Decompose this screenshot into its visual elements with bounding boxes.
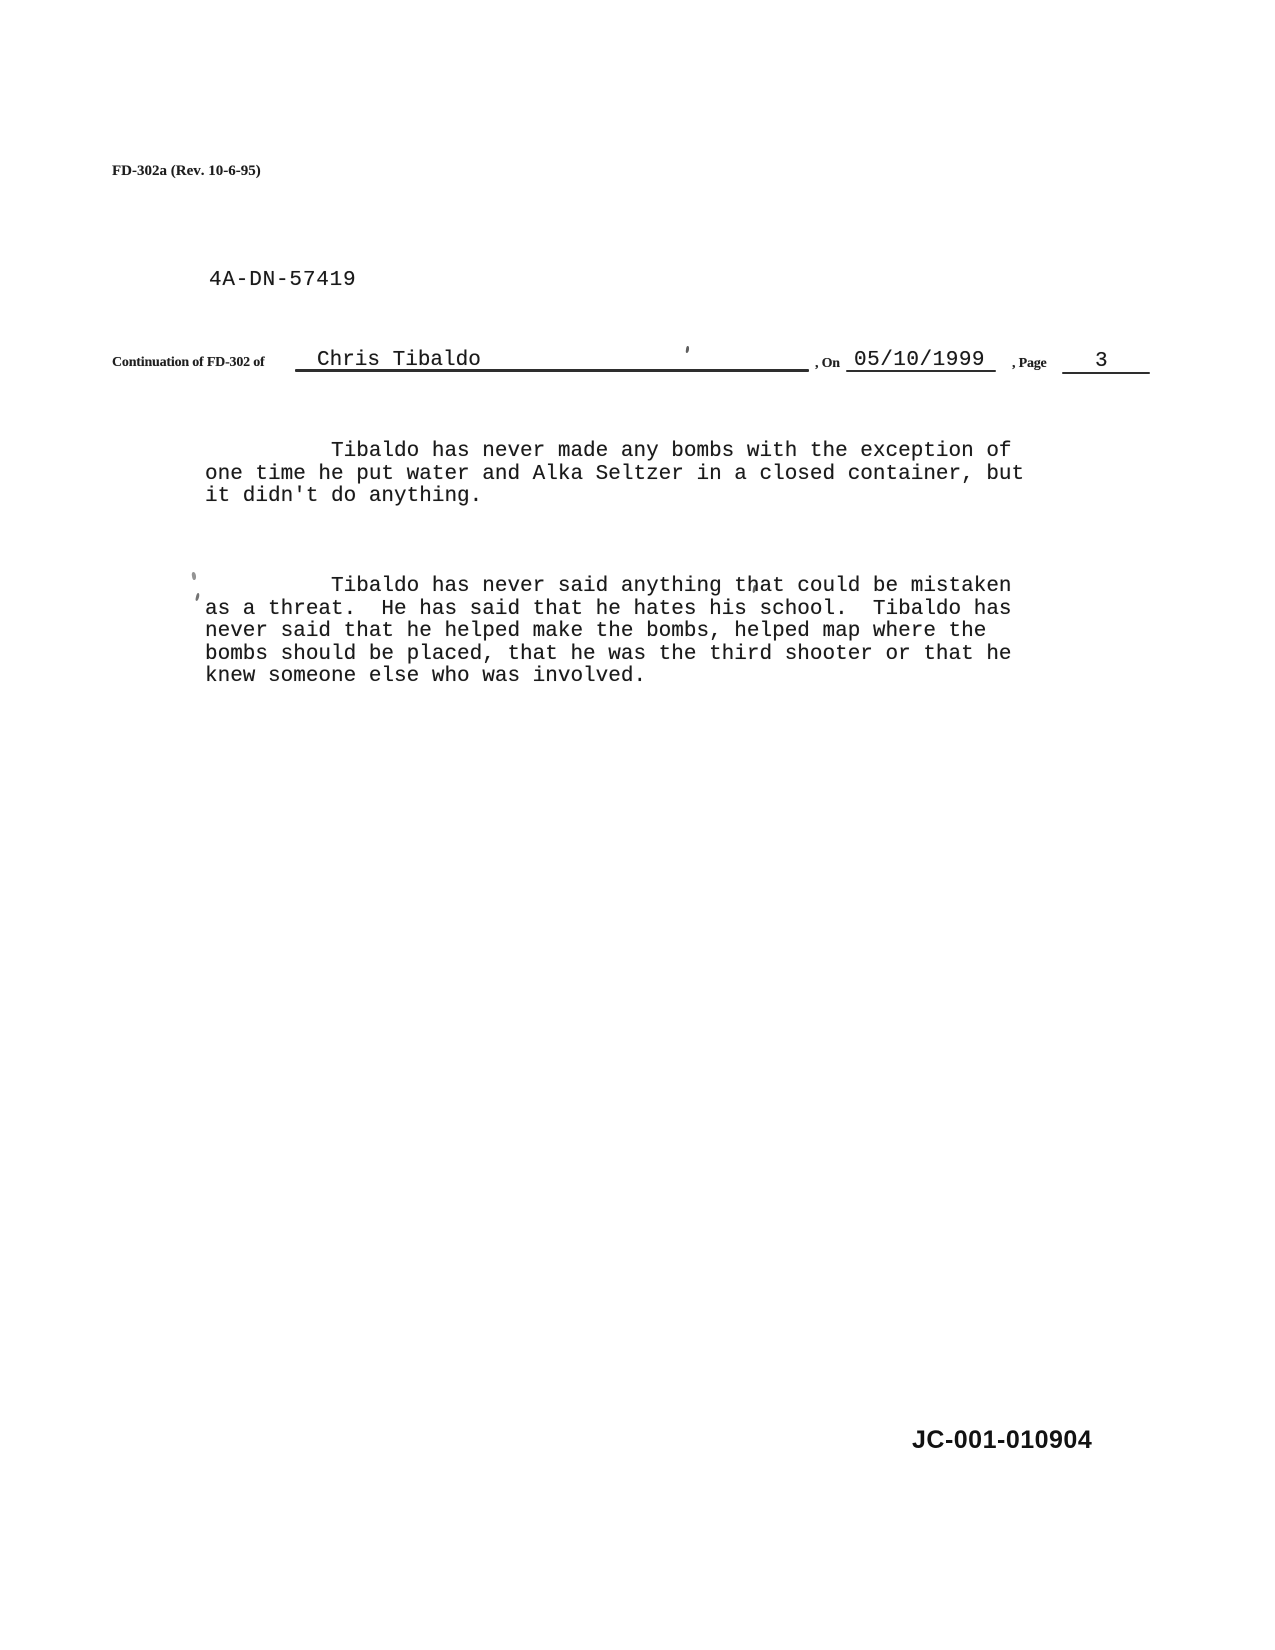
scan-artifact	[195, 593, 200, 601]
body-paragraph-2: Tibaldo has never said anything that cou…	[205, 576, 1024, 689]
subject-name-underline	[295, 369, 809, 372]
date-underline	[846, 370, 996, 372]
page-label: , Page	[1012, 356, 1047, 372]
body-paragraph-1: Tibaldo has never made any bombs with th…	[205, 441, 1024, 509]
page-number-value: 3	[1095, 351, 1108, 374]
scan-artifact	[686, 346, 690, 353]
form-revision-label: FD-302a (Rev. 10-6-95)	[112, 163, 261, 180]
on-label: , On	[815, 356, 840, 372]
continuation-of-label: Continuation of FD-302 of	[112, 355, 265, 371]
scan-artifact	[191, 572, 196, 581]
page-number-underline	[1062, 372, 1150, 374]
fd302a-continuation-page: FD-302a (Rev. 10-6-95) 4A-DN-57419 Conti…	[0, 0, 1275, 1650]
report-body: Tibaldo has never made any bombs with th…	[205, 396, 1024, 734]
case-number: 4A-DN-57419	[209, 270, 356, 293]
bates-number-stamp: JC-001-010904	[912, 1426, 1092, 1455]
